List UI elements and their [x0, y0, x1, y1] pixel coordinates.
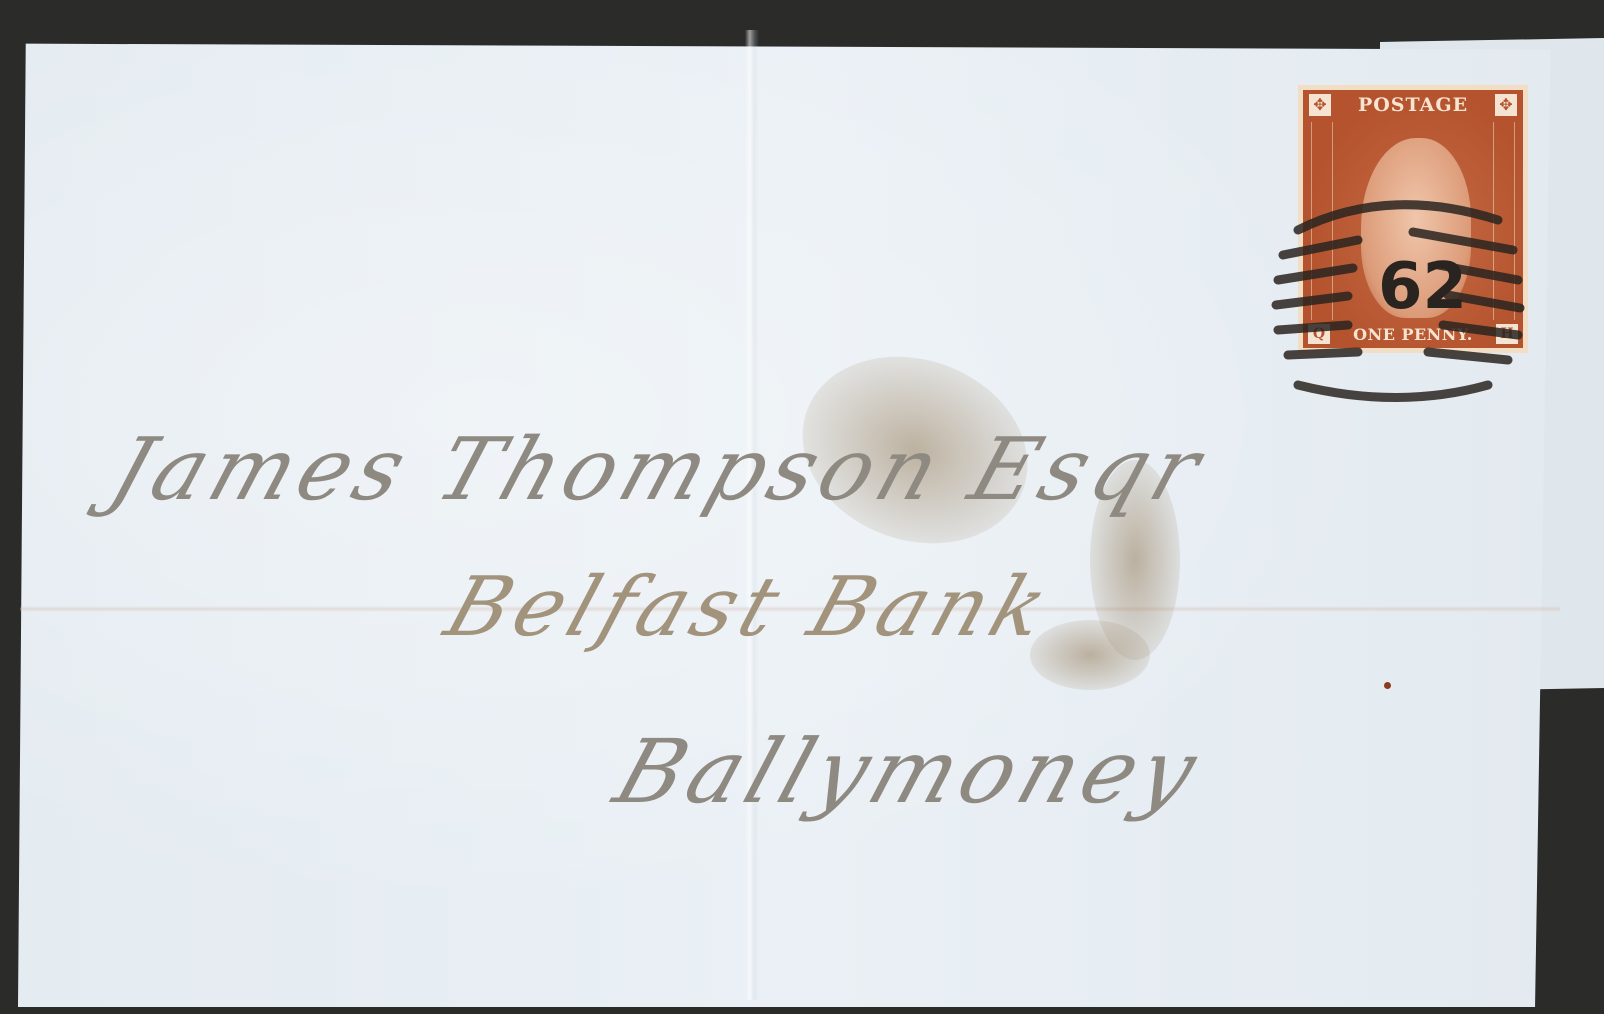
address-line-town: Ballymoney [603, 720, 1214, 823]
address-line-bank: Belfast Bank [435, 560, 1065, 655]
ink-stain [1030, 620, 1150, 690]
address-line-name: James Thompson Esqr [99, 420, 1218, 520]
ink-dot [1384, 682, 1391, 689]
stamp-top-label: POSTAGE [1303, 94, 1523, 116]
cancellation-number: 62 [1378, 250, 1467, 324]
